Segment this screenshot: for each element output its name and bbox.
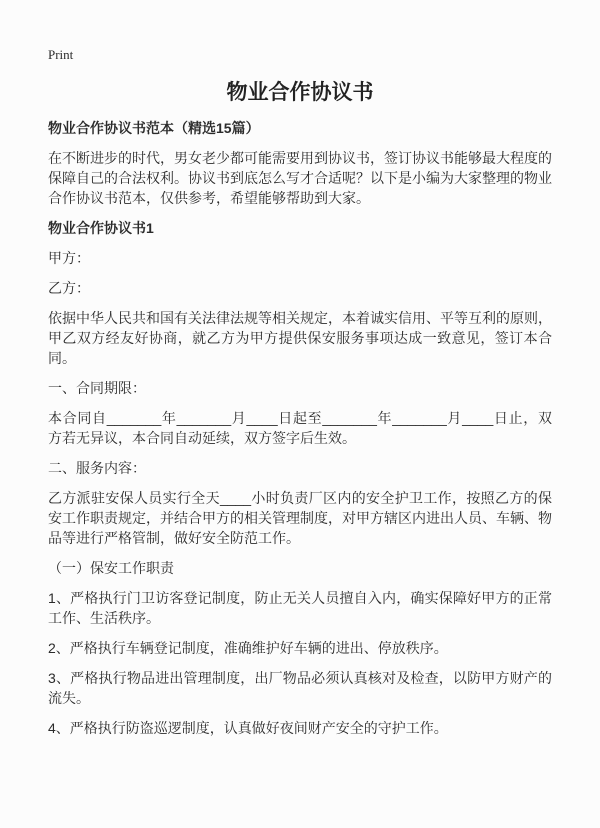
clause-2-body: 乙方派驻安保人员实行全天____小时负责厂区内的安全护卫工作，按照乙方的保安工作…	[48, 488, 552, 548]
page-title: 物业合作协议书	[48, 80, 552, 106]
duty-item-3: 3、严格执行物品进出管理制度，出厂物品必须认真核对及检查，以防甲方财产的流失。	[48, 668, 552, 708]
intro-paragraph: 在不断进步的时代，男女老少都可能需要用到协议书，签订协议书能够最大程度的保障自己…	[48, 148, 552, 208]
doc-subtitle: 物业合作协议书范本（精选15篇）	[48, 118, 552, 138]
preamble-paragraph: 依据中华人民共和国有关法律法规等相关规定，本着诚实信用、平等互利的原则，甲乙双方…	[48, 308, 552, 368]
document-page: Print 物业合作协议书 物业合作协议书范本（精选15篇） 在不断进步的时代，…	[0, 0, 600, 828]
clause-1-title: 一、合同期限：	[48, 378, 552, 398]
section-heading: 物业合作协议书1	[48, 218, 552, 238]
print-link[interactable]: Print	[48, 47, 73, 63]
duty-item-2: 2、严格执行车辆登记制度，准确维护好车辆的进出、停放秩序。	[48, 638, 552, 658]
clause-2-title: 二、服务内容：	[48, 458, 552, 478]
party-b-line: 乙方：	[48, 278, 552, 298]
sub-section-heading: （一）保安工作职责	[48, 558, 552, 578]
duty-item-1: 1、严格执行门卫访客登记制度，防止无关人员擅自入内，确实保障好甲方的正常工作、生…	[48, 588, 552, 628]
clause-1-body: 本合同自_______年_______月____日起至_______年_____…	[48, 408, 552, 448]
duty-item-4: 4、严格执行防盗巡逻制度，认真做好夜间财产安全的守护工作。	[48, 718, 552, 738]
party-a-line: 甲方：	[48, 248, 552, 268]
